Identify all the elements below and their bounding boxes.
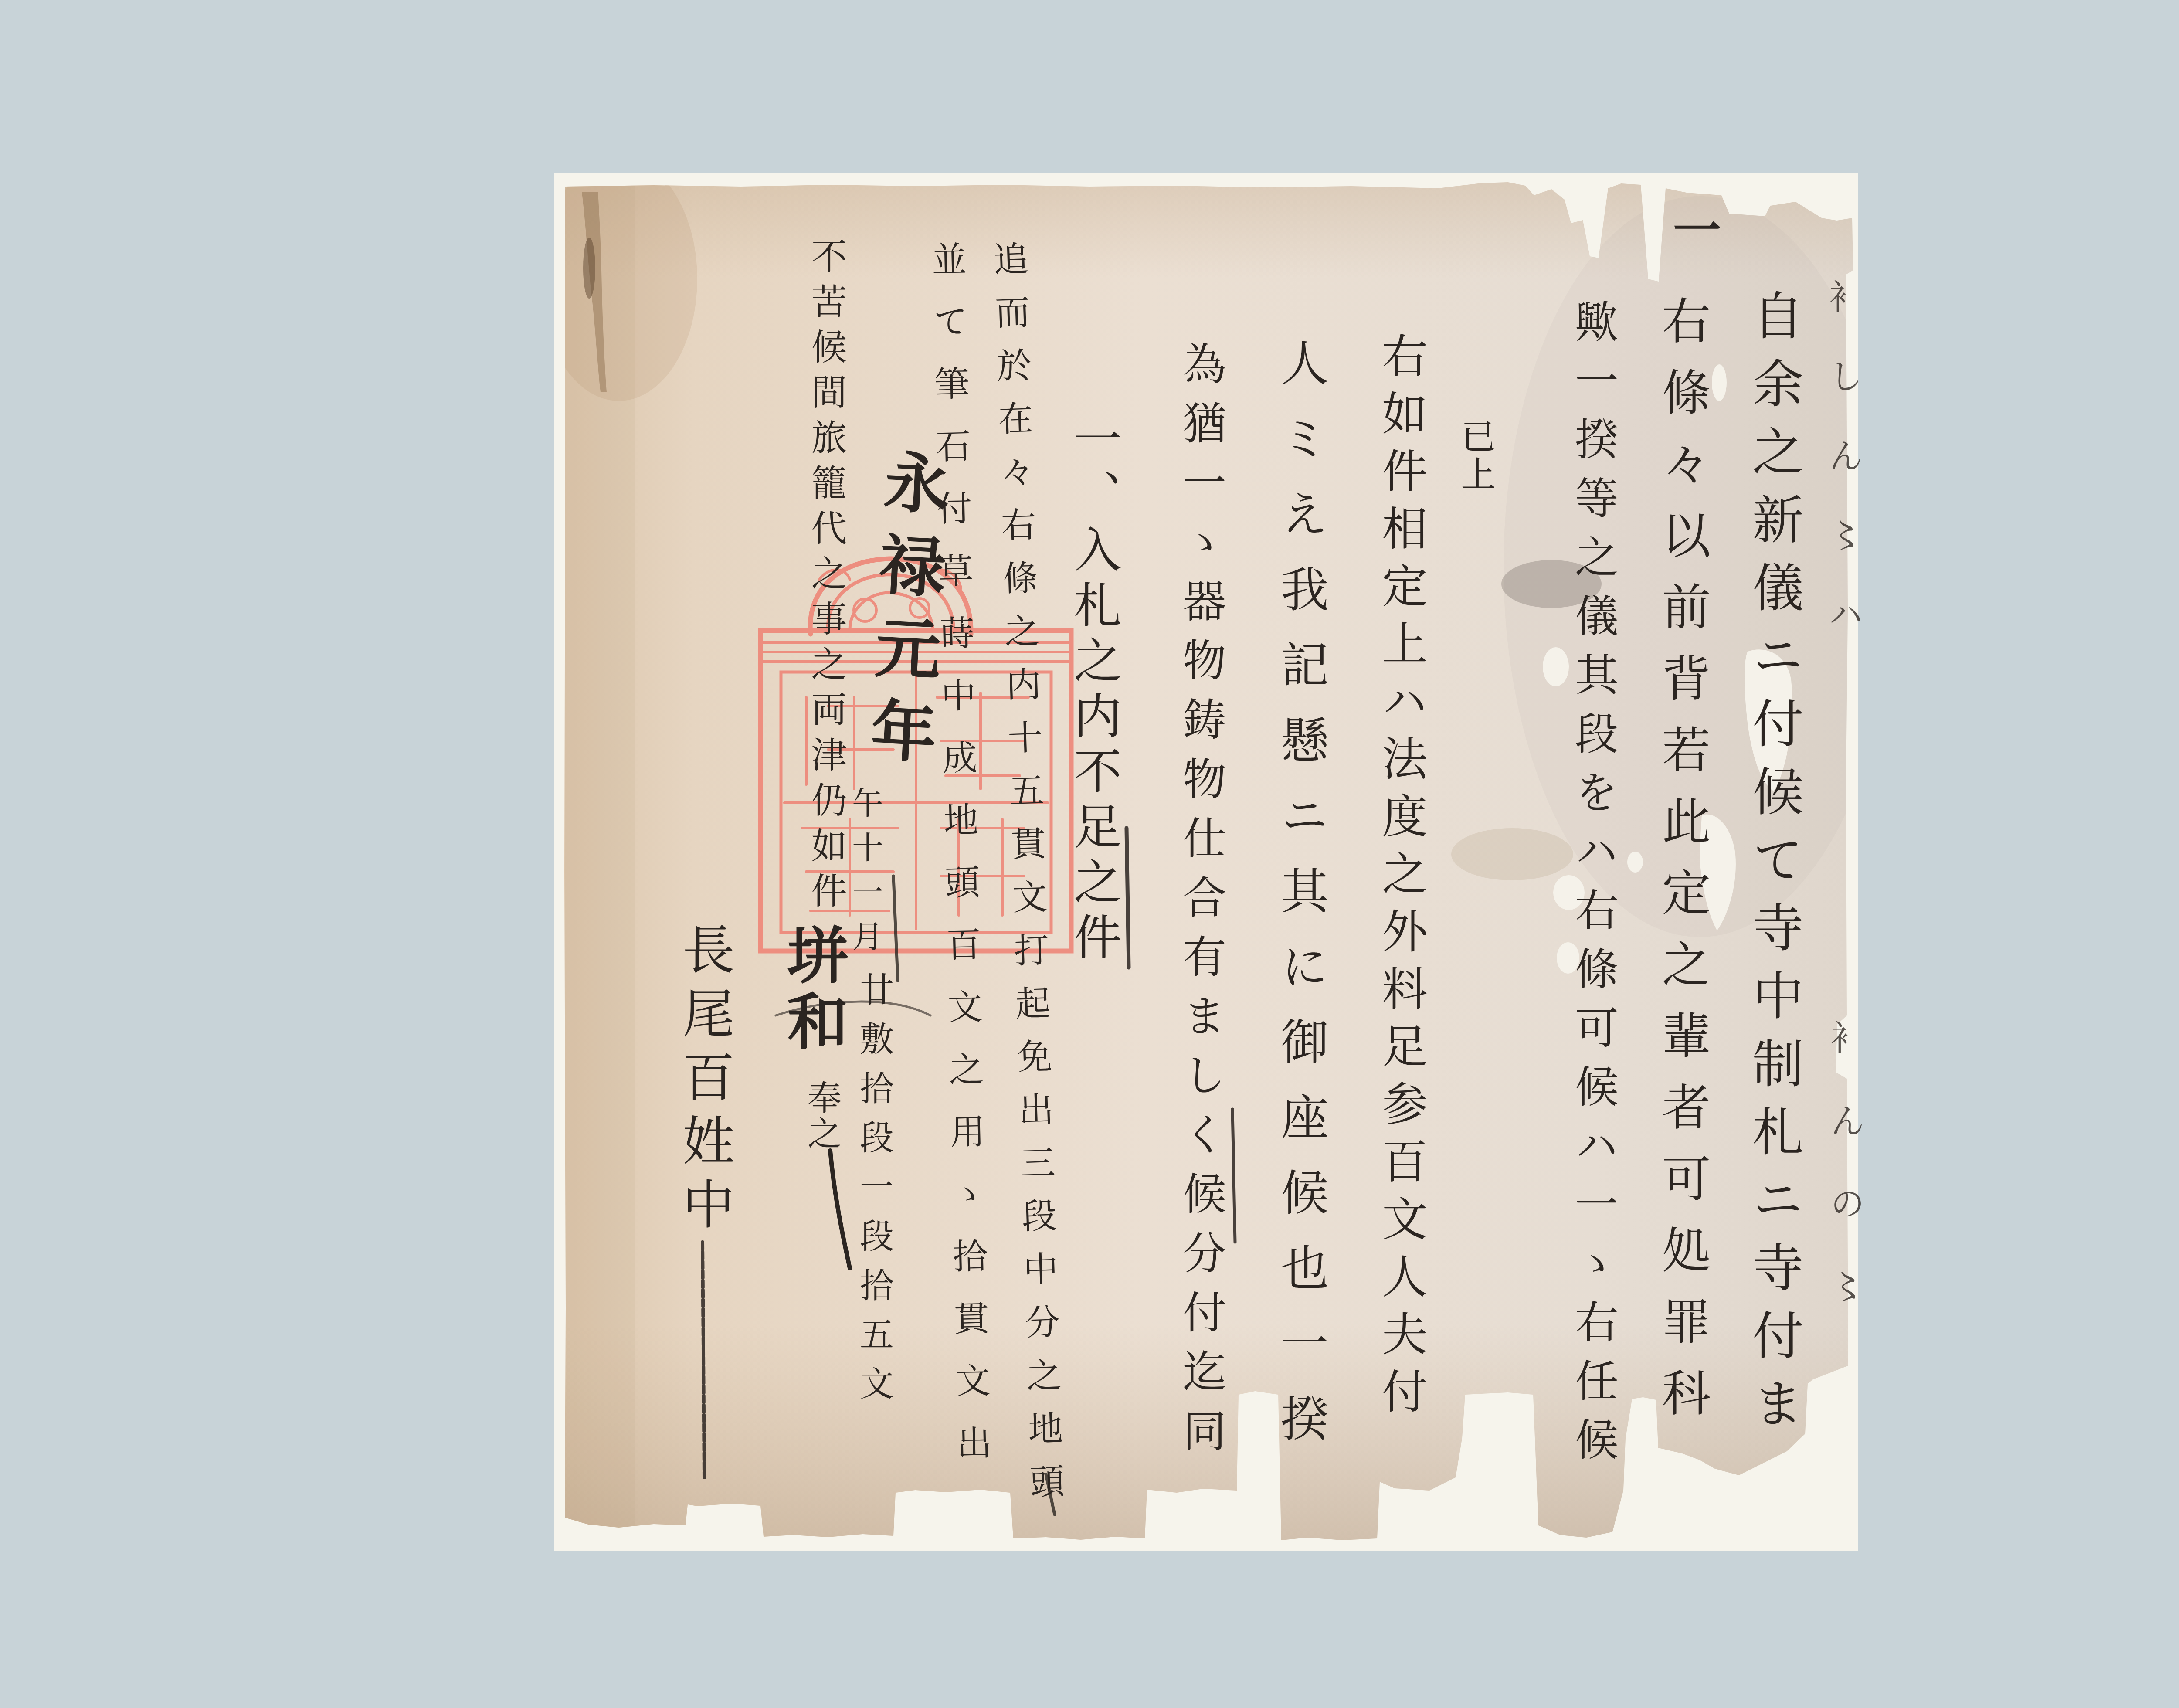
hole (1712, 364, 1727, 401)
item-tail-stroke (1127, 828, 1129, 968)
text-column-closing-mark: 已上 (1458, 418, 1493, 493)
water-stain (1451, 828, 1573, 880)
text-column-11: 廿敷拾段一段拾五文 (857, 972, 891, 1415)
text-column-7: 為猶一ゝ器物鋳物仕合有ましく候分付迄同 (1179, 341, 1222, 1467)
text-column-8: 一、入札之内不足之件 (1070, 414, 1118, 968)
text-column-3: 歟一揆等之儀其段をハ右條可候ハ一ゝ右任候 (1571, 299, 1615, 1476)
hole (1543, 647, 1569, 686)
dark-stain-core (583, 238, 595, 299)
addressee: 長尾百姓中 (678, 923, 730, 1241)
right-edge-fragment-upper: 衤しん〻ハ (1825, 279, 1860, 676)
text-column-6: 人ミえ我記懸ニ其に御座候也一揆 (1277, 338, 1325, 1469)
right-edge-fragment-lower: 衤んの〻 (1827, 1020, 1862, 1351)
photo-stage: 衤しん〻ハ 衤んの〻 一 自余之新儀ニ付候て寺中制札ニ寺付ま 右條々以前背若此定… (0, 0, 2179, 1708)
text-column-5: 右如件相定上ハ法度之外料足参百文人夫付 (1378, 332, 1424, 1425)
issuer-name: 垪和 (782, 924, 843, 1056)
text-column-closing: 不苦候間旅籠代之事之両津仍如件 (808, 238, 844, 917)
issuer-suffix: 奉之 (804, 1080, 838, 1151)
date-month: 午十一月 (849, 787, 881, 964)
text-column-1: 自余之新儀ニ付候て寺中制札ニ寺付ま (1748, 289, 1799, 1445)
hole (1627, 852, 1643, 873)
item-mark: 一 (1669, 205, 1717, 253)
text-column-2: 右條々以前背若此定之輩者可処罪科 (1658, 295, 1707, 1439)
date-era-year: 永禄元年 (863, 447, 946, 781)
